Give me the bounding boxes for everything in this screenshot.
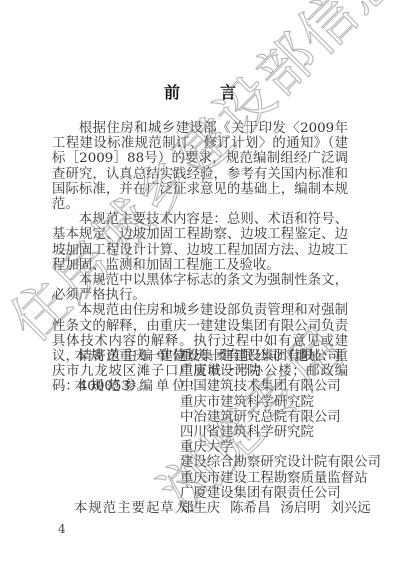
participating-units-label: 本规范参编单位： [52, 379, 180, 501]
main-drafters-label: 本规范主要起草人： [52, 501, 180, 516]
page-title: 前言 [0, 80, 400, 103]
drafter-name: 郑生庆 [180, 501, 220, 516]
unit-item: 重庆市建筑科学研究院 [180, 395, 381, 410]
unit-item: 中冶建筑研究总院有限公司 [180, 410, 381, 425]
unit-item: 建设综合勘察研究设计院有限公司 [180, 455, 381, 470]
chief-editor-units-row: 本规范主编单位： 重庆一建建设集团有限公司 重庆市设计院 [52, 349, 352, 379]
editorial-units: 本规范主编单位： 重庆一建建设集团有限公司 重庆市设计院 本规范参编单位： 中国… [52, 349, 352, 516]
drafter-name: 刘兴远 [331, 501, 371, 516]
paragraph-technical-content: 本规范主要技术内容是：总则、术语和符号、基本规定、边坡加固工程勘察、边坡工程鉴定… [52, 212, 348, 273]
drafter-name: 汤启明 [280, 501, 320, 516]
unit-item: 中国建筑技术集团有限公司 [180, 379, 381, 394]
title-char-2: 言 [220, 80, 236, 103]
unit-item: 广厦建设集团有限责任公司 [180, 486, 381, 501]
unit-item: 重庆一建建设集团有限公司 [180, 349, 352, 364]
unit-item: 重庆市设计院 [180, 364, 352, 379]
participating-units-list: 中国建筑技术集团有限公司 重庆市建筑科学研究院 中冶建筑研究总院有限公司 四川省… [180, 379, 381, 501]
chief-editor-units-label: 本规范主编单位： [52, 349, 180, 379]
unit-item: 四川省建筑科学研究院 [180, 425, 381, 440]
document-page: 前言 根据住房和城乡建设部《关于印发〈2009年工程建设标准规范制订、修订计划〉… [0, 0, 400, 579]
main-drafters-list: 郑生庆 陈希昌 汤启明 刘兴远 [180, 501, 371, 516]
main-drafters-row: 本规范主要起草人： 郑生庆 陈希昌 汤启明 刘兴远 [52, 501, 352, 516]
unit-item: 重庆大学 [180, 440, 381, 455]
title-char-1: 前 [164, 80, 180, 103]
paragraph-basis: 根据住房和城乡建设部《关于印发〈2009年工程建设标准规范制订、修订计划〉的通知… [52, 121, 348, 212]
paragraph-mandatory-clauses: 本规范中以黑体字标志的条文为强制性条文，必须严格执行。 [52, 273, 348, 303]
page-number: 4 [58, 522, 66, 536]
chief-editor-units-list: 重庆一建建设集团有限公司 重庆市设计院 [180, 349, 352, 379]
unit-item: 重庆市建设工程勘察质量监督站 [180, 471, 381, 486]
drafter-name: 陈希昌 [230, 501, 270, 516]
participating-units-row: 本规范参编单位： 中国建筑技术集团有限公司 重庆市建筑科学研究院 中冶建筑研究总… [52, 379, 352, 501]
